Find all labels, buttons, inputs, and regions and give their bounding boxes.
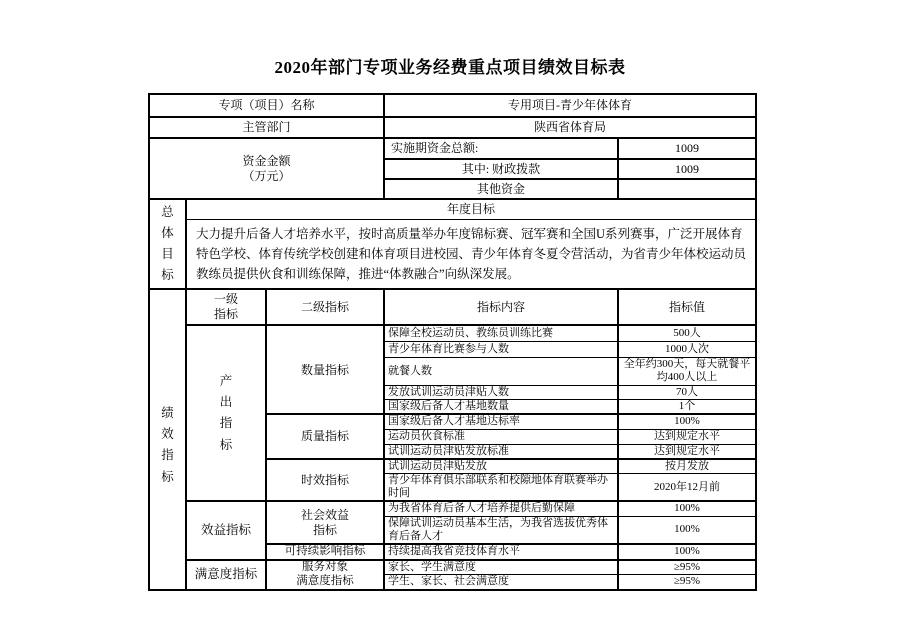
page-title: 2020年部门专项业务经费重点项目绩效目标表 bbox=[0, 53, 900, 78]
annual-goal-text: 大力提升后备人才培养水平，按时高质量举办年度锦标赛、冠军赛和全国U系列赛事，广泛… bbox=[186, 219, 756, 289]
performance-target-table: 专项（项目）名称 专用项目-青少年体体育 主管部门 陕西省体育局 资金金额 （万… bbox=[148, 93, 757, 591]
indicator-content: 青少年体育俱乐部联系和校隙地体育联赛举办时间 bbox=[384, 474, 618, 502]
group-timeliness-label: 时效指标 bbox=[266, 459, 384, 502]
group-quantity-label: 数量指标 bbox=[266, 325, 384, 414]
group-satisfaction-label: 满意度指标 bbox=[186, 560, 266, 590]
overall-goal-side-cell: 总体目标 bbox=[149, 199, 186, 289]
header-value: 指标值 bbox=[618, 289, 756, 325]
indicator-value: 2020年12月前 bbox=[618, 474, 756, 502]
indicator-content: 试训运动员津贴发放 bbox=[384, 459, 618, 474]
indicator-value: 按月发放 bbox=[618, 459, 756, 474]
indicator-content: 国家级后备人才基地达标率 bbox=[384, 414, 618, 429]
indicator-value: 达到规定水平 bbox=[618, 444, 756, 459]
performance-side-cell: 绩效指标 bbox=[149, 289, 186, 589]
project-name-value: 专用项目-青少年体体育 bbox=[384, 94, 756, 117]
indicator-content: 运动员伙食标准 bbox=[384, 429, 618, 444]
indicator-content: 试训运动员津贴发放标准 bbox=[384, 444, 618, 459]
group-quality-label: 质量指标 bbox=[266, 414, 384, 458]
funding-total-value: 1009 bbox=[618, 138, 756, 159]
funding-fiscal-value: 1009 bbox=[618, 159, 756, 179]
indicator-row: 满意度指标 服务对象 满意度指标 家长、学生满意度 ≥95% bbox=[149, 560, 756, 575]
indicator-value: 1个 bbox=[618, 399, 756, 414]
funding-other-label: 其他资金 bbox=[384, 179, 618, 199]
header-level1: 一级 指标 bbox=[186, 289, 266, 325]
funding-row-total: 资金金额 （万元） 实施期资金总额: 1009 bbox=[149, 138, 756, 159]
department-row: 主管部门 陕西省体育局 bbox=[149, 117, 756, 138]
header-content: 指标内容 bbox=[384, 289, 618, 325]
indicator-value: ≥95% bbox=[618, 575, 756, 590]
annual-goal-body-row: 大力提升后备人才培养水平，按时高质量举办年度锦标赛、冠军赛和全国U系列赛事，广泛… bbox=[149, 219, 756, 289]
indicator-content: 就餐人数 bbox=[384, 357, 618, 385]
indicator-value: 70人 bbox=[618, 385, 756, 399]
indicator-value: 100% bbox=[618, 516, 756, 544]
overall-goal-side-label: 总体目标 bbox=[161, 202, 174, 287]
indicator-value: ≥95% bbox=[618, 560, 756, 575]
funding-other-value bbox=[618, 179, 756, 199]
funding-amount-label: 资金金额 （万元） bbox=[149, 138, 384, 199]
annual-goal-header: 年度目标 bbox=[186, 199, 756, 219]
group-sustain-label: 可持续影响指标 bbox=[266, 544, 384, 560]
indicator-content: 学生、家长、社会满意度 bbox=[384, 575, 618, 590]
header-level2: 二级指标 bbox=[266, 289, 384, 325]
department-label: 主管部门 bbox=[149, 117, 384, 138]
funding-fiscal-label: 其中: 财政拨款 bbox=[384, 159, 618, 179]
indicator-content: 国家级后备人才基地数量 bbox=[384, 399, 618, 414]
indicator-content: 保障试训运动员基本生活，为我省选拔优秀体育后备人才 bbox=[384, 516, 618, 544]
group-output-cell: 产出指标 bbox=[186, 325, 266, 501]
project-name-row: 专项（项目）名称 专用项目-青少年体体育 bbox=[149, 94, 756, 117]
indicator-content: 持续提高我省竞技体育水平 bbox=[384, 544, 618, 560]
indicator-header-row: 绩效指标 一级 指标 二级指标 指标内容 指标值 bbox=[149, 289, 756, 325]
indicator-content: 家长、学生满意度 bbox=[384, 560, 618, 575]
group-benefit-label: 效益指标 bbox=[186, 501, 266, 559]
funding-total-label: 实施期资金总额: bbox=[384, 138, 618, 159]
indicator-content: 保障全校运动员、教练员训练比赛 bbox=[384, 325, 618, 341]
indicator-content: 青少年体育比赛参与人数 bbox=[384, 341, 618, 357]
indicator-value: 全年约300天，每天就餐平均400人以上 bbox=[618, 357, 756, 385]
indicator-row: 效益指标 社会效益 指标 为我省体育后备人才培养提供后勤保障 100% bbox=[149, 501, 756, 516]
department-value: 陕西省体育局 bbox=[384, 117, 756, 138]
indicator-content: 为我省体育后备人才培养提供后勤保障 bbox=[384, 501, 618, 516]
indicator-content: 发放试训运动员津贴人数 bbox=[384, 385, 618, 399]
project-name-label: 专项（项目）名称 bbox=[149, 94, 384, 117]
group-service-label: 服务对象 满意度指标 bbox=[266, 560, 384, 590]
indicator-value: 100% bbox=[618, 414, 756, 429]
indicator-value: 达到规定水平 bbox=[618, 429, 756, 444]
group-social-label: 社会效益 指标 bbox=[266, 501, 384, 544]
indicator-value: 1000人次 bbox=[618, 341, 756, 357]
indicator-row: 产出指标 数量指标 保障全校运动员、教练员训练比赛 500人 bbox=[149, 325, 756, 341]
indicator-value: 100% bbox=[618, 544, 756, 560]
indicator-value: 100% bbox=[618, 501, 756, 516]
group-output-label: 产出指标 bbox=[220, 371, 233, 456]
annual-goal-header-row: 总体目标 年度目标 bbox=[149, 199, 756, 219]
performance-side-label: 绩效指标 bbox=[161, 391, 174, 488]
indicator-value: 500人 bbox=[618, 325, 756, 341]
